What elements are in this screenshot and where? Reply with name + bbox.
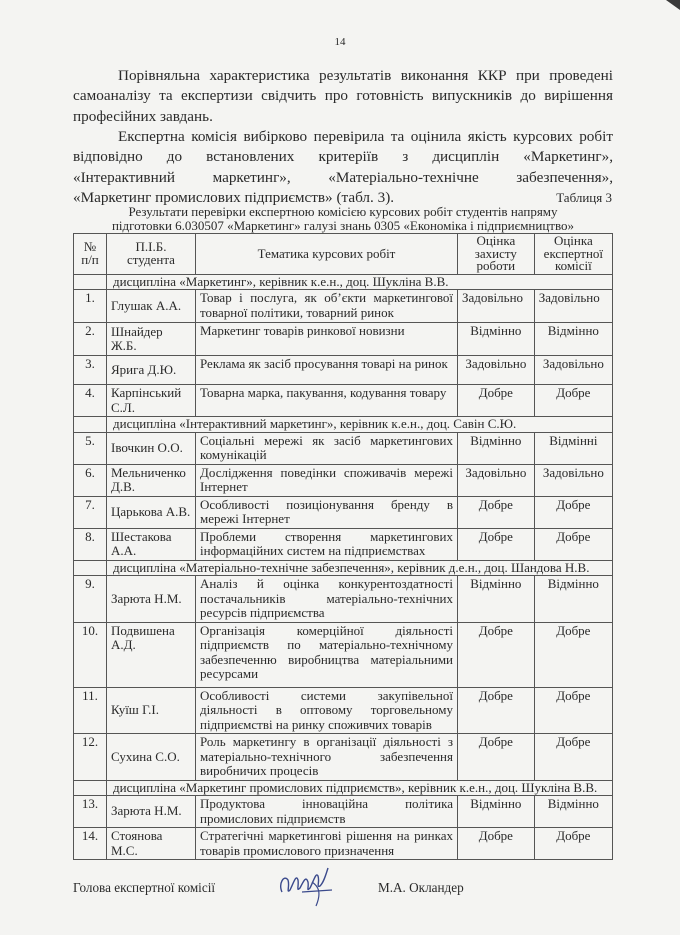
page-corner-shadow xyxy=(666,0,680,10)
student-name: Карпінський С.Л. xyxy=(107,385,196,417)
table-row: 1.Глушак А.А.Товар і послуга, як об’єкти… xyxy=(74,290,613,323)
row-number: 12. xyxy=(74,734,107,781)
coursework-topic: Продуктова інноваційна політика промисло… xyxy=(196,796,458,828)
defense-grade: Добре xyxy=(458,734,535,781)
table-row: 8.Шестакова А.А.Проблеми створення марке… xyxy=(74,528,613,560)
row-number: 7. xyxy=(74,496,107,528)
expert-grade: Добре xyxy=(534,496,612,528)
expert-grade: Добре xyxy=(534,622,612,687)
expert-grade: Відмінно xyxy=(534,796,612,828)
header-no: № п/п xyxy=(74,234,107,275)
coursework-topic: Аналіз й оцінка конкурентоздатності пост… xyxy=(196,576,458,623)
section-spacer xyxy=(74,780,107,796)
row-number: 6. xyxy=(74,464,107,496)
student-name: Ярига Д.Ю. xyxy=(107,356,196,385)
student-name: Сухина С.О. xyxy=(107,734,196,781)
student-name: Глушак А.А. xyxy=(107,290,196,323)
row-number: 9. xyxy=(74,576,107,623)
signoff-name: М.А. Окландер xyxy=(378,880,464,896)
student-name: Куїш Г.І. xyxy=(107,687,196,734)
signoff-role: Голова експертної комісії xyxy=(73,880,215,896)
expert-grade: Добре xyxy=(534,828,612,860)
expert-grade: Задовільно xyxy=(534,290,612,323)
coursework-topic: Товарна марка, пакування, кодування това… xyxy=(196,385,458,417)
section-row: дисципліна «Маркетинг промислових підпри… xyxy=(74,780,613,796)
table-row: 10.Подвишена А.Д.Організація комерційної… xyxy=(74,622,613,687)
coursework-topic: Стратегічні маркетингові рішення на ринк… xyxy=(196,828,458,860)
section-title: дисципліна «Матеріально-технічне забезпе… xyxy=(107,560,613,576)
paragraph-line: Експертна комісія вибірково перевірила т… xyxy=(73,127,613,147)
header-topic: Тематика курсових робіт xyxy=(196,234,458,275)
table-row: 14.Стоянова М.С.Стратегічні маркетингові… xyxy=(74,828,613,860)
table-row: 12.Сухина С.О.Роль маркетингу в організа… xyxy=(74,734,613,781)
table-row: 9.Зарюта Н.М.Аналіз й оцінка конкурентоз… xyxy=(74,576,613,623)
table-caption-line: підготовки 6.030507 «Маркетинг» галузі з… xyxy=(73,219,613,233)
section-title: дисципліна «Маркетинг промислових підпри… xyxy=(107,780,613,796)
table-caption-line: Результати перевірки експертною комісією… xyxy=(73,205,613,219)
section-spacer xyxy=(74,274,107,290)
defense-grade: Відмінно xyxy=(458,796,535,828)
coursework-topic: Дослідження поведінки споживачів мережі … xyxy=(196,464,458,496)
coursework-topic: Проблеми створення маркетингових інформа… xyxy=(196,528,458,560)
row-number: 10. xyxy=(74,622,107,687)
defense-grade: Добре xyxy=(458,622,535,687)
defense-grade: Добре xyxy=(458,687,535,734)
header-name: П.І.Б. студента xyxy=(107,234,196,275)
table-row: 6.Мельниченко Д.В.Дослідження поведінки … xyxy=(74,464,613,496)
table-body: дисципліна «Маркетинг», керівник к.е.н.,… xyxy=(74,274,613,860)
table-header-row: № п/п П.І.Б. студента Тематика курсових … xyxy=(74,234,613,275)
defense-grade: Добре xyxy=(458,385,535,417)
section-row: дисципліна «Маркетинг», керівник к.е.н.,… xyxy=(74,274,613,290)
row-number: 3. xyxy=(74,356,107,385)
defense-grade: Добре xyxy=(458,828,535,860)
row-number: 5. xyxy=(74,432,107,464)
results-table: № п/п П.І.Б. студента Тематика курсових … xyxy=(73,233,613,860)
coursework-topic: Роль маркетингу в організації діяльності… xyxy=(196,734,458,781)
defense-grade: Добре xyxy=(458,496,535,528)
defense-grade: Відмінно xyxy=(458,323,535,356)
paragraph-line: «Інтерактивний маркетинг», «Матеріально-… xyxy=(73,168,613,188)
header-expert-grade: Оцінка експертної комісії xyxy=(534,234,612,275)
coursework-topic: Соціальні мережі як засіб маркетингових … xyxy=(196,432,458,464)
section-title: дисципліна «Маркетинг», керівник к.е.н.,… xyxy=(107,274,613,290)
page-number: 14 xyxy=(0,36,680,48)
expert-grade: Відмінно xyxy=(534,323,612,356)
coursework-topic: Особливості системи закупівельної діяльн… xyxy=(196,687,458,734)
expert-grade: Відмінно xyxy=(534,576,612,623)
student-name: Царькова А.В. xyxy=(107,496,196,528)
section-row: дисципліна «Матеріально-технічне забезпе… xyxy=(74,560,613,576)
row-number: 8. xyxy=(74,528,107,560)
paragraph-comparison: Порівняльна характеристика результатів в… xyxy=(73,66,613,127)
row-number: 4. xyxy=(74,385,107,417)
expert-grade: Добре xyxy=(534,385,612,417)
coursework-topic: Маркетинг товарів ринкової новизни xyxy=(196,323,458,356)
expert-grade: Добре xyxy=(534,734,612,781)
student-name: Мельниченко Д.В. xyxy=(107,464,196,496)
expert-grade: Задовільно xyxy=(534,464,612,496)
table-row: 11.Куїш Г.І.Особливості системи закупіве… xyxy=(74,687,613,734)
table-label: Таблиця 3 xyxy=(556,190,612,206)
section-row: дисципліна «Інтерактивний маркетинг», ке… xyxy=(74,417,613,433)
table-row: 3.Ярига Д.Ю.Реклама як засіб просування … xyxy=(74,356,613,385)
defense-grade: Задовільно xyxy=(458,464,535,496)
coursework-topic: Товар і послуга, як об’єкти маркетингово… xyxy=(196,290,458,323)
section-spacer xyxy=(74,417,107,433)
row-number: 1. xyxy=(74,290,107,323)
table-row: 7.Царькова А.В.Особливості позиціонуванн… xyxy=(74,496,613,528)
signature-icon xyxy=(272,862,342,910)
defense-grade: Задовільно xyxy=(458,290,535,323)
coursework-topic: Особливості позиціонування бренду в мере… xyxy=(196,496,458,528)
defense-grade: Задовільно xyxy=(458,356,535,385)
expert-grade: Добре xyxy=(534,687,612,734)
expert-grade: Відмінні xyxy=(534,432,612,464)
table-row: 5.Івочкин О.О.Соціальні мережі як засіб … xyxy=(74,432,613,464)
coursework-topic: Організація комерційної діяльності підпр… xyxy=(196,622,458,687)
student-name: Івочкин О.О. xyxy=(107,432,196,464)
section-title: дисципліна «Інтерактивний маркетинг», ке… xyxy=(107,417,613,433)
row-number: 11. xyxy=(74,687,107,734)
row-number: 2. xyxy=(74,323,107,356)
defense-grade: Відмінно xyxy=(458,576,535,623)
table-caption: Результати перевірки експертною комісією… xyxy=(73,205,613,233)
defense-grade: Добре xyxy=(458,528,535,560)
coursework-topic: Реклама як засіб просування товарі на ри… xyxy=(196,356,458,385)
student-name: Стоянова М.С. xyxy=(107,828,196,860)
paragraph-line: відповідно до встановлених критеріїв з д… xyxy=(73,147,613,167)
section-spacer xyxy=(74,560,107,576)
row-number: 13. xyxy=(74,796,107,828)
header-defense-grade: Оцінка захисту роботи xyxy=(458,234,535,275)
defense-grade: Відмінно xyxy=(458,432,535,464)
table-row: 2.Шнайдер Ж.Б.Маркетинг товарів ринкової… xyxy=(74,323,613,356)
expert-grade: Добре xyxy=(534,528,612,560)
table-row: 13.Зарюта Н.М.Продуктова інноваційна пол… xyxy=(74,796,613,828)
paragraph-expert-commission: Експертна комісія вибірково перевірила т… xyxy=(73,127,613,208)
student-name: Подвишена А.Д. xyxy=(107,622,196,687)
expert-grade: Задовільно xyxy=(534,356,612,385)
student-name: Зарюта Н.М. xyxy=(107,796,196,828)
table-row: 4.Карпінський С.Л.Товарна марка, пакуван… xyxy=(74,385,613,417)
student-name: Зарюта Н.М. xyxy=(107,576,196,623)
row-number: 14. xyxy=(74,828,107,860)
student-name: Шнайдер Ж.Б. xyxy=(107,323,196,356)
student-name: Шестакова А.А. xyxy=(107,528,196,560)
